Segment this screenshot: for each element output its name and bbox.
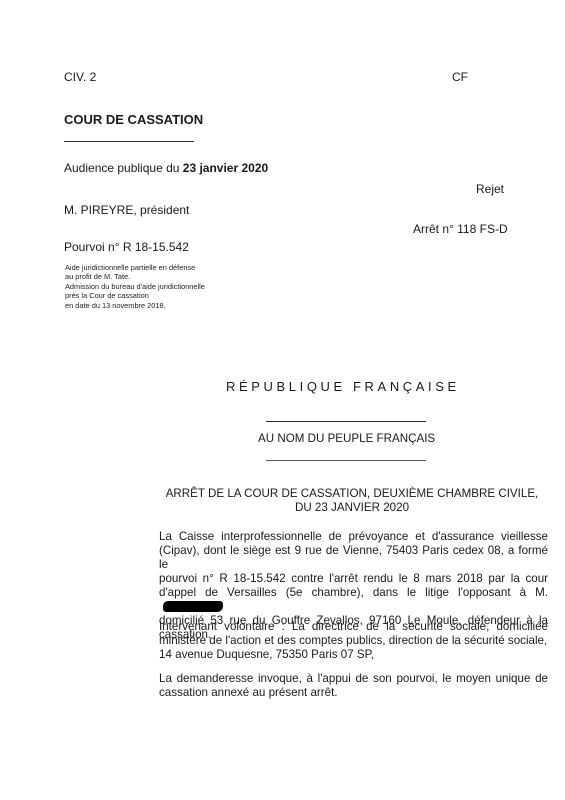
republic-divider-bottom (266, 460, 426, 461)
redaction-mark (163, 601, 223, 612)
president: M. PIREYRE, président (64, 203, 189, 217)
republic-subtitle: AU NOM DU PEUPLE FRANÇAIS (258, 432, 435, 445)
paragraph-line: pourvoi n° R 18-15.542 contre l'arrêt re… (159, 572, 548, 586)
paragraph-line: La Caisse interprofessionnelle de prévoy… (159, 530, 548, 544)
paragraph-line: La demanderesse invoque, à l'appui de so… (159, 672, 548, 686)
initials: CF (452, 70, 468, 84)
court-name-underline (64, 141, 194, 142)
paragraph-line: 14 avenue Duquesne, 75350 Paris 07 SP, (159, 648, 548, 662)
paragraph-intervenant: Intervenant volontaire : La directrice d… (159, 620, 548, 662)
judgment-title-line2: DU 23 JANVIER 2020 (140, 501, 564, 515)
paragraph-line: (Cipav), dont le siège est 9 rue de Vien… (159, 544, 548, 572)
legal-aid-note: Aide juridictionnelle partielle en défen… (65, 263, 205, 310)
judgment-title: ARRÊT DE LA COUR DE CASSATION, DEUXIÈME … (140, 487, 564, 515)
hearing-line: Audience publique du 23 janvier 2020 (64, 161, 268, 175)
legal-aid-line: au profit de M. Tate. (65, 272, 205, 281)
judgment-title-line1: ARRÊT DE LA COUR DE CASSATION, DEUXIÈME … (140, 487, 564, 501)
paragraph-line: cassation annexé au présent arrêt. (159, 686, 548, 700)
legal-aid-line: près la Cour de cassation (65, 291, 205, 300)
arret-number: Arrêt n° 118 FS-D (413, 222, 508, 236)
court-name: COUR DE CASSATION (64, 112, 203, 127)
chamber-code: CIV. 2 (64, 70, 96, 84)
republic-title: RÉPUBLIQUE FRANÇAISE (226, 379, 460, 394)
paragraph-line-text: d'appel de Versailles (5e chambre), dans… (159, 586, 548, 599)
legal-aid-line: Aide juridictionnelle partielle en défen… (65, 263, 205, 272)
legal-aid-line: Admission du bureau d'aide juridictionne… (65, 282, 205, 291)
republic-divider-top (266, 421, 426, 422)
paragraph-line: ministère de l'action et des comptes pub… (159, 634, 548, 648)
hearing-date: 23 janvier 2020 (183, 161, 268, 175)
paragraph-line: d'appel de Versailles (5e chambre), dans… (159, 586, 548, 614)
legal-aid-line: en date du 13 novembre 2018. (65, 301, 205, 310)
hearing-prefix: Audience publique du (64, 161, 183, 175)
paragraph-line: Intervenant volontaire : La directrice d… (159, 620, 548, 634)
decision-outcome: Rejet (476, 182, 504, 196)
paragraph-moyen: La demanderesse invoque, à l'appui de so… (159, 672, 548, 700)
pourvoi-number: Pourvoi n° R 18-15.542 (64, 240, 189, 254)
